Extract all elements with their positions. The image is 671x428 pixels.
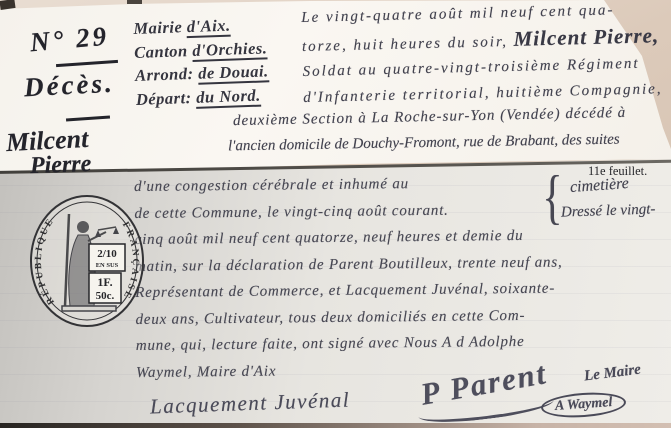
scan-bottom-edge xyxy=(0,423,671,428)
act-text: torze, huit heures du soir, xyxy=(302,33,514,54)
act-line: Représentant de Commerce, et Lacquement … xyxy=(135,276,563,307)
stamp-value-boxes: 2/10 EN SUS 1F. 50c. xyxy=(89,244,125,303)
act-line: mune, qui, lecture faite, ont signé avec… xyxy=(136,329,564,360)
letterhead-place: d'Aix. xyxy=(187,16,232,39)
scanned-death-record: N° 29 Décès. Milcent Pierre Mairie d'Aix… xyxy=(0,0,671,428)
revenue-stamp: 2/10 EN SUS 1F. 50c. RÉPUBLIQUE FRANÇAIS… xyxy=(28,194,146,328)
letterhead-text: Arrond: xyxy=(135,64,199,85)
letterhead-place: de Douai. xyxy=(198,61,269,84)
letterhead-text: Départ: xyxy=(136,87,197,108)
deceased-name-inline: Milcent Pierre, xyxy=(513,23,659,51)
stamp-franc-value: 1F. xyxy=(97,275,112,289)
stamp-cents-value: 50c. xyxy=(96,290,115,302)
act-body-lower: d'une congestion cérébrale et inhumé au … xyxy=(134,170,564,386)
letterhead-text: Canton xyxy=(134,40,193,61)
act-line-right-column: Dressé le vingt- xyxy=(561,201,656,221)
scan-edge-mark xyxy=(127,0,142,4)
act-line: cinq août mil neuf cent quatorze, neuf h… xyxy=(135,223,563,254)
letterhead: Mairie d'Aix. Canton d'Orchies. Arrond: … xyxy=(133,12,270,111)
letterhead-place: d'Orchies. xyxy=(192,38,268,62)
act-type-label: Décès. xyxy=(23,68,115,104)
letterhead-place: du Nord. xyxy=(196,85,261,108)
letterhead-text: Mairie xyxy=(133,17,187,38)
letterhead-departement: Départ: du Nord. xyxy=(135,83,269,111)
ink-brace: { xyxy=(542,163,562,232)
stamp-surtax-label: EN SUS xyxy=(96,262,119,269)
deceased-firstname: Pierre xyxy=(30,151,92,180)
act-body-upper: Le vingt-quatre août mil neuf cent qua- … xyxy=(301,0,663,111)
stamp-surtax-value: 2/10 xyxy=(97,248,117,260)
